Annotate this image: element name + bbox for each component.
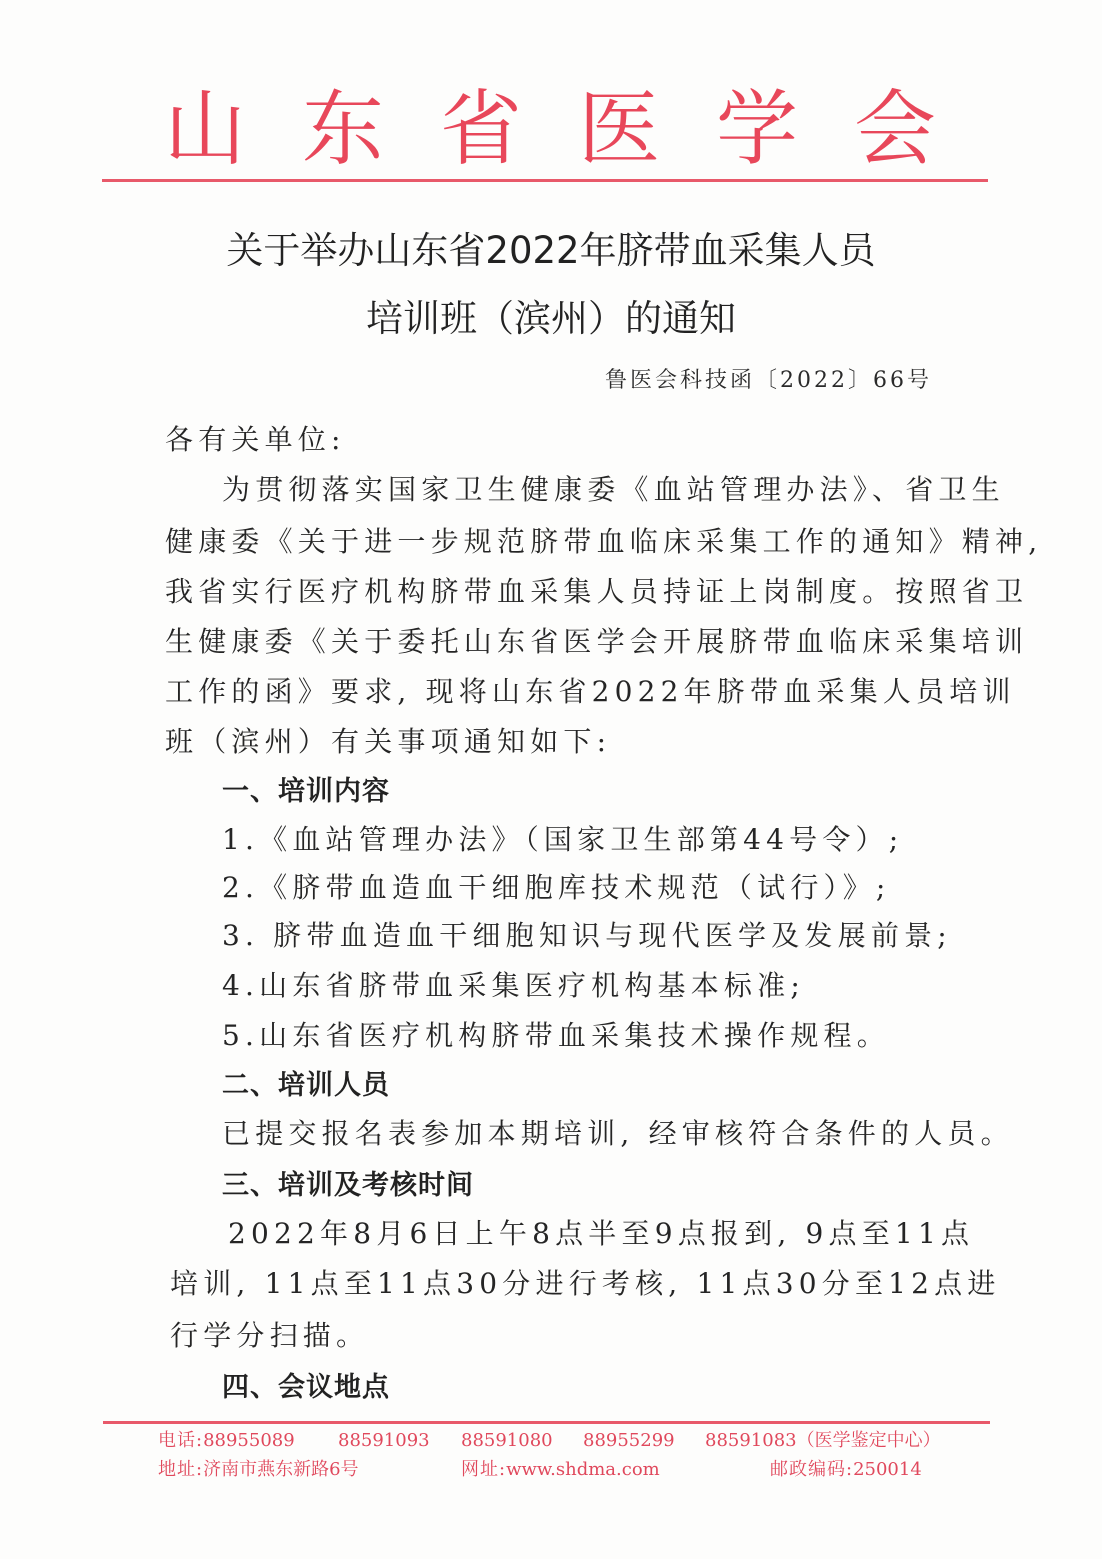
intro-line: 健康委《关于进一步规范脐带血临床采集工作的通知》精神, [165,522,1042,562]
footer-website: 网址:www.shdma.com [461,1457,660,1483]
intro-line: 我省实行医疗机构脐带血采集人员持证上岗制度。按照省卫 [165,572,1028,612]
intro-line: 班（滨州）有关事项通知如下: [165,722,611,762]
paragraph-line: 培训, 11点至11点30分进行考核, 11点30分至12点进 [170,1264,1001,1304]
list-item: 2.《脐带血造血干细胞库技术规范（试行）》; [222,868,891,908]
intro-line: 生健康委《关于委托山东省医学会开展脐带血临床采集培训 [165,622,1028,662]
intro-line: 为贯彻落实国家卫生健康委《血站管理办法》、省卫生 [222,470,1005,510]
footer-address: 地址:济南市燕东新路6号 [158,1457,359,1483]
website-label: 网址: [461,1459,506,1480]
address-value: 济南市燕东新路6号 [203,1459,358,1480]
section-heading-schedule: 三、培训及考核时间 [222,1166,474,1206]
masthead-char: 会 [840,80,950,180]
phone-label: 电话: [158,1430,203,1451]
masthead-divider [102,179,988,182]
document-title-line-1: 关于举办山东省2022年脐带血采集人员 [0,220,1102,274]
masthead-char: 东 [288,80,398,180]
footer-postcode: 邮政编码:250014 [770,1457,922,1483]
document-title-line-2: 培训班（滨州）的通知 [0,288,1102,342]
section-heading-trainees: 二、培训人员 [222,1066,390,1106]
salutation: 各有关单位: [165,420,346,460]
paragraph-line: 行学分扫描。 [170,1316,369,1356]
footer-divider [103,1421,990,1424]
address-label: 地址: [158,1459,203,1480]
section-heading-venue: 四、会议地点 [222,1368,390,1408]
postcode-value: 250014 [853,1459,922,1480]
paragraph-line: 已提交报名表参加本期培训, 经审核符合条件的人员。 [222,1114,1014,1154]
footer-phone-row: 电话:88955089 [158,1428,295,1454]
postcode-label: 邮政编码: [770,1459,853,1480]
phone-number: 88955089 [203,1430,295,1451]
phone-number: 88955299 [583,1428,675,1454]
list-item: 1.《血站管理办法》（国家卫生部第44号令）; [222,820,903,860]
phone-number: 88591093 [338,1428,430,1454]
list-item: 5.山东省医疗机构脐带血采集技术操作规程。 [222,1016,890,1056]
paragraph-line: 2022年8月6日上午8点半至9点报到, 9点至11点 [228,1214,974,1254]
masthead-char: 医 [564,80,674,180]
list-item: 3. 脐带血造血干细胞知识与现代医学及发展前景; [222,916,952,956]
masthead-char: 山 [150,80,260,180]
section-heading-training-content: 一、培训内容 [222,772,390,812]
masthead-char: 省 [426,80,536,180]
phone-number: 88591080 [461,1428,553,1454]
website-link[interactable]: www.shdma.com [506,1459,660,1480]
document-number: 鲁医会科技函〔2022〕66号 [605,363,932,394]
masthead-char: 学 [702,80,812,180]
list-item: 4.山东省脐带血采集医疗机构基本标准; [222,966,805,1006]
phone-number: 88591083（医学鉴定中心） [705,1428,941,1454]
masthead-org-name: 山 东 省 医 学 会 [150,80,950,180]
intro-line: 工作的函》要求, 现将山东省2022年脐带血采集人员培训 [165,672,1016,712]
